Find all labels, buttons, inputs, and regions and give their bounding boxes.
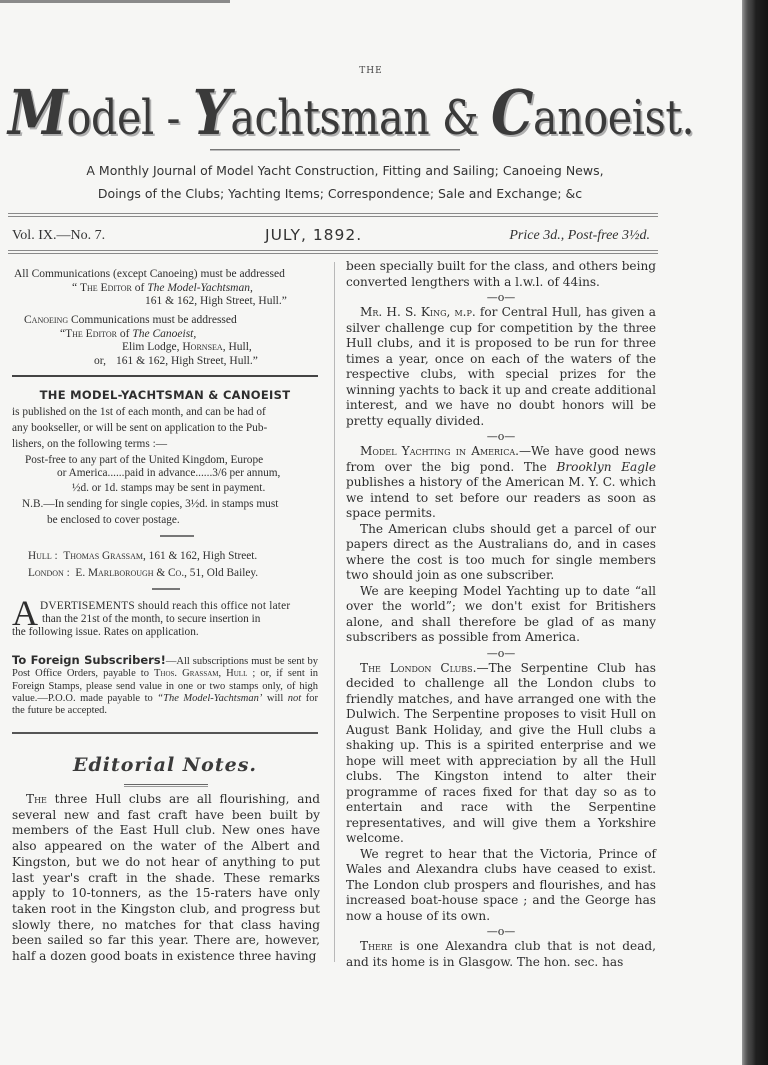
canoeing-editor-line: “The Editor of The Canoeist, (60, 328, 318, 342)
publication-name: The Model-Yachtsman, (147, 282, 253, 294)
terms-line: lishers, on the following terms :— (12, 436, 318, 452)
agent-name: Thomas Grassam (63, 550, 143, 562)
publication-title: THE MODEL-YACHTSMAN & CANOEIST (12, 387, 318, 403)
king-paragraph: Mr. H. S. King, m.p. for Central Hull, h… (346, 305, 656, 429)
subtitle-line-2: Doings of the Clubs; Yachting Items; Cor… (0, 186, 680, 201)
payee-publication: “The Model-Yachtsman’ (157, 693, 262, 704)
connector-text: of (132, 282, 147, 294)
issue-date: JULY, 1892. (265, 226, 362, 244)
address-text: 161 & 162, High Street, Hull.” (116, 355, 258, 367)
london-paragraph-2: We regret to hear that the Victoria, Pri… (346, 847, 656, 925)
short-rule (160, 535, 194, 537)
book-binding-edge (742, 0, 768, 1065)
address-text: Elim Lodge, (122, 341, 182, 353)
payee-name: Thos. Grassam, Hull (154, 668, 247, 679)
terms-line: N.B.—In sending for single copies, 3½d. … (22, 496, 318, 512)
glasgow-paragraph: There is one Alexandra club that is not … (346, 939, 656, 970)
agent-address: , 51, Old Bailey. (184, 567, 258, 579)
paragraph-text: for Central Hull, has given a silver cha… (346, 305, 656, 428)
masthead-word-model: odel - (67, 90, 193, 146)
editorial-body: The three Hull clubs are all flourishing… (12, 792, 320, 965)
separator: —o— (346, 646, 656, 661)
masthead-rule (210, 149, 460, 151)
communications-line: All Communications (except Canoeing) mus… (14, 268, 318, 282)
terms-line: is published on the 1st of each month, a… (12, 404, 318, 420)
canoeing-address-2: or,161 & 162, High Street, Hull.” (94, 355, 318, 369)
editorial-paragraph: The three Hull clubs are all flourishing… (12, 792, 320, 965)
canoeing-label: Canoeing (24, 314, 68, 326)
separator: —o— (346, 290, 656, 305)
terms-line: Post-free to any part of the United King… (25, 454, 318, 467)
issue-price: Price 3d., Post-free 3½d. (509, 228, 650, 244)
terms-line: be enclosed to cover postage. (47, 512, 318, 528)
header-rule-bottom (8, 250, 658, 254)
magazine-page: THE Model - Yachtsman & Canoeist. A Mont… (0, 0, 742, 1065)
america-paragraph-2: The American clubs should get a parcel o… (346, 522, 656, 584)
communications-notice: All Communications (except Canoeing) mus… (12, 268, 318, 309)
paragraph-text: three Hull clubs are all flourishing, an… (12, 792, 320, 963)
america-paragraph-3: We are keeping Model Yachting up to date… (346, 584, 656, 646)
terms-line: or America......paid in advance......3/6… (57, 467, 318, 480)
adv-text: should reach this office not later (135, 600, 291, 612)
adv-line: the following issue. Rates on applicatio… (12, 626, 318, 639)
agent-hull: Hull : Thomas Grassam, 161 & 162, High S… (28, 548, 320, 565)
foreign-text: will (262, 693, 287, 704)
masthead-word-canoeist: anoeist. (533, 90, 694, 146)
editorial-rule (124, 784, 208, 787)
right-column: been specially built for the class, and … (346, 259, 656, 970)
editorial-heading: Editorial Notes. (12, 754, 318, 776)
header-rule-top (8, 213, 658, 217)
issue-volume: Vol. IX.—No. 7. (12, 228, 105, 244)
masthead-the: THE (0, 66, 742, 76)
lead-words: The London Clubs. (360, 661, 476, 675)
canoeing-text: Communications must be addressed (68, 314, 237, 326)
canoeing-address-1: Elim Lodge, Hornsea, Hull, (122, 341, 318, 355)
section-rule (12, 375, 318, 378)
column-divider (334, 262, 335, 962)
continued-paragraph: been specially built for the class, and … (346, 259, 656, 290)
terms-line: ½d. or 1d. stamps may be sent in payment… (72, 480, 318, 496)
canoeing-line: Canoeing Communications must be addresse… (24, 314, 318, 328)
america-paragraph: Model Yachting in America.—We have good … (346, 444, 656, 522)
issue-line: Vol. IX.—No. 7. JULY, 1892. Price 3d., P… (12, 228, 658, 246)
foreign-heading: To Foreign Subscribers! (12, 653, 166, 667)
short-rule (152, 588, 180, 590)
lead-words: Model Yachting in America. (360, 444, 519, 458)
agents-list: Hull : Thomas Grassam, 161 & 162, High S… (14, 548, 320, 582)
newspaper-name: Brooklyn Eagle (557, 460, 657, 474)
agent-address: , 161 & 162, High Street. (143, 550, 257, 562)
lead-word: The (26, 792, 47, 806)
agent-london: London : E. Marlborough & Co., 51, Old B… (28, 565, 320, 582)
quote-mark: “ (72, 282, 80, 294)
masthead-initial-m: M (8, 76, 67, 149)
masthead-title: Model - Yachtsman & Canoeist. (8, 78, 576, 148)
section-rule (12, 732, 318, 735)
scan-edge (0, 0, 230, 3)
terms-line: any bookseller, or will be sent on appli… (12, 420, 318, 436)
address-text: , Hull, (223, 341, 252, 353)
subtitle-line-1: A Monthly Journal of Model Yacht Constru… (5, 163, 685, 178)
advertisements-notice: A DVERTISEMENTS should reach this office… (12, 600, 318, 639)
address-town: Hornsea (182, 341, 222, 353)
canoeing-notice: Canoeing Communications must be addresse… (12, 314, 318, 368)
adv-heading: DVERTISEMENTS (40, 600, 135, 612)
adv-line: than the 21st of the month, to secure in… (42, 613, 318, 626)
masthead-initial-c: C (491, 76, 533, 149)
separator: —o— (346, 429, 656, 444)
adv-line: DVERTISEMENTS should reach this office n… (12, 600, 318, 613)
communications-editor-line: “ The Editor of The Model-Yachtsman, (72, 282, 318, 296)
connector-text: of (117, 328, 132, 340)
separator: —o— (346, 924, 656, 939)
publication-name: The Canoeist, (132, 328, 196, 340)
paragraph-text: —The Serpentine Club has decided to chal… (346, 661, 656, 846)
agent-place: London : (28, 567, 70, 579)
or-text: or, (94, 355, 106, 367)
editor-label: The Editor (80, 282, 132, 294)
communications-address: 161 & 162, High Street, Hull.” (145, 295, 318, 309)
masthead-initial-y: Y (193, 76, 231, 149)
agent-place: Hull : (28, 550, 58, 562)
london-paragraph: The London Clubs.—The Serpentine Club ha… (346, 661, 656, 847)
masthead-word-yachtsman: achtsman & (230, 90, 491, 146)
lead-words: Mr. H. S. King, m.p. (360, 305, 476, 319)
emphasis-not: not (288, 693, 301, 704)
publication-terms: THE MODEL-YACHTSMAN & CANOEIST is publis… (12, 387, 318, 528)
foreign-subscribers-notice: To Foreign Subscribers!—All subscription… (12, 654, 318, 717)
drop-cap: A (12, 600, 38, 626)
editor-label: The Editor (65, 328, 117, 340)
lead-word: There (360, 939, 393, 953)
agent-name: E. Marlborough & Co. (75, 567, 184, 579)
paragraph-text: publishes a history of the American M. Y… (346, 475, 656, 520)
paragraph-text: is one Alexandra club that is not dead, … (346, 939, 656, 969)
